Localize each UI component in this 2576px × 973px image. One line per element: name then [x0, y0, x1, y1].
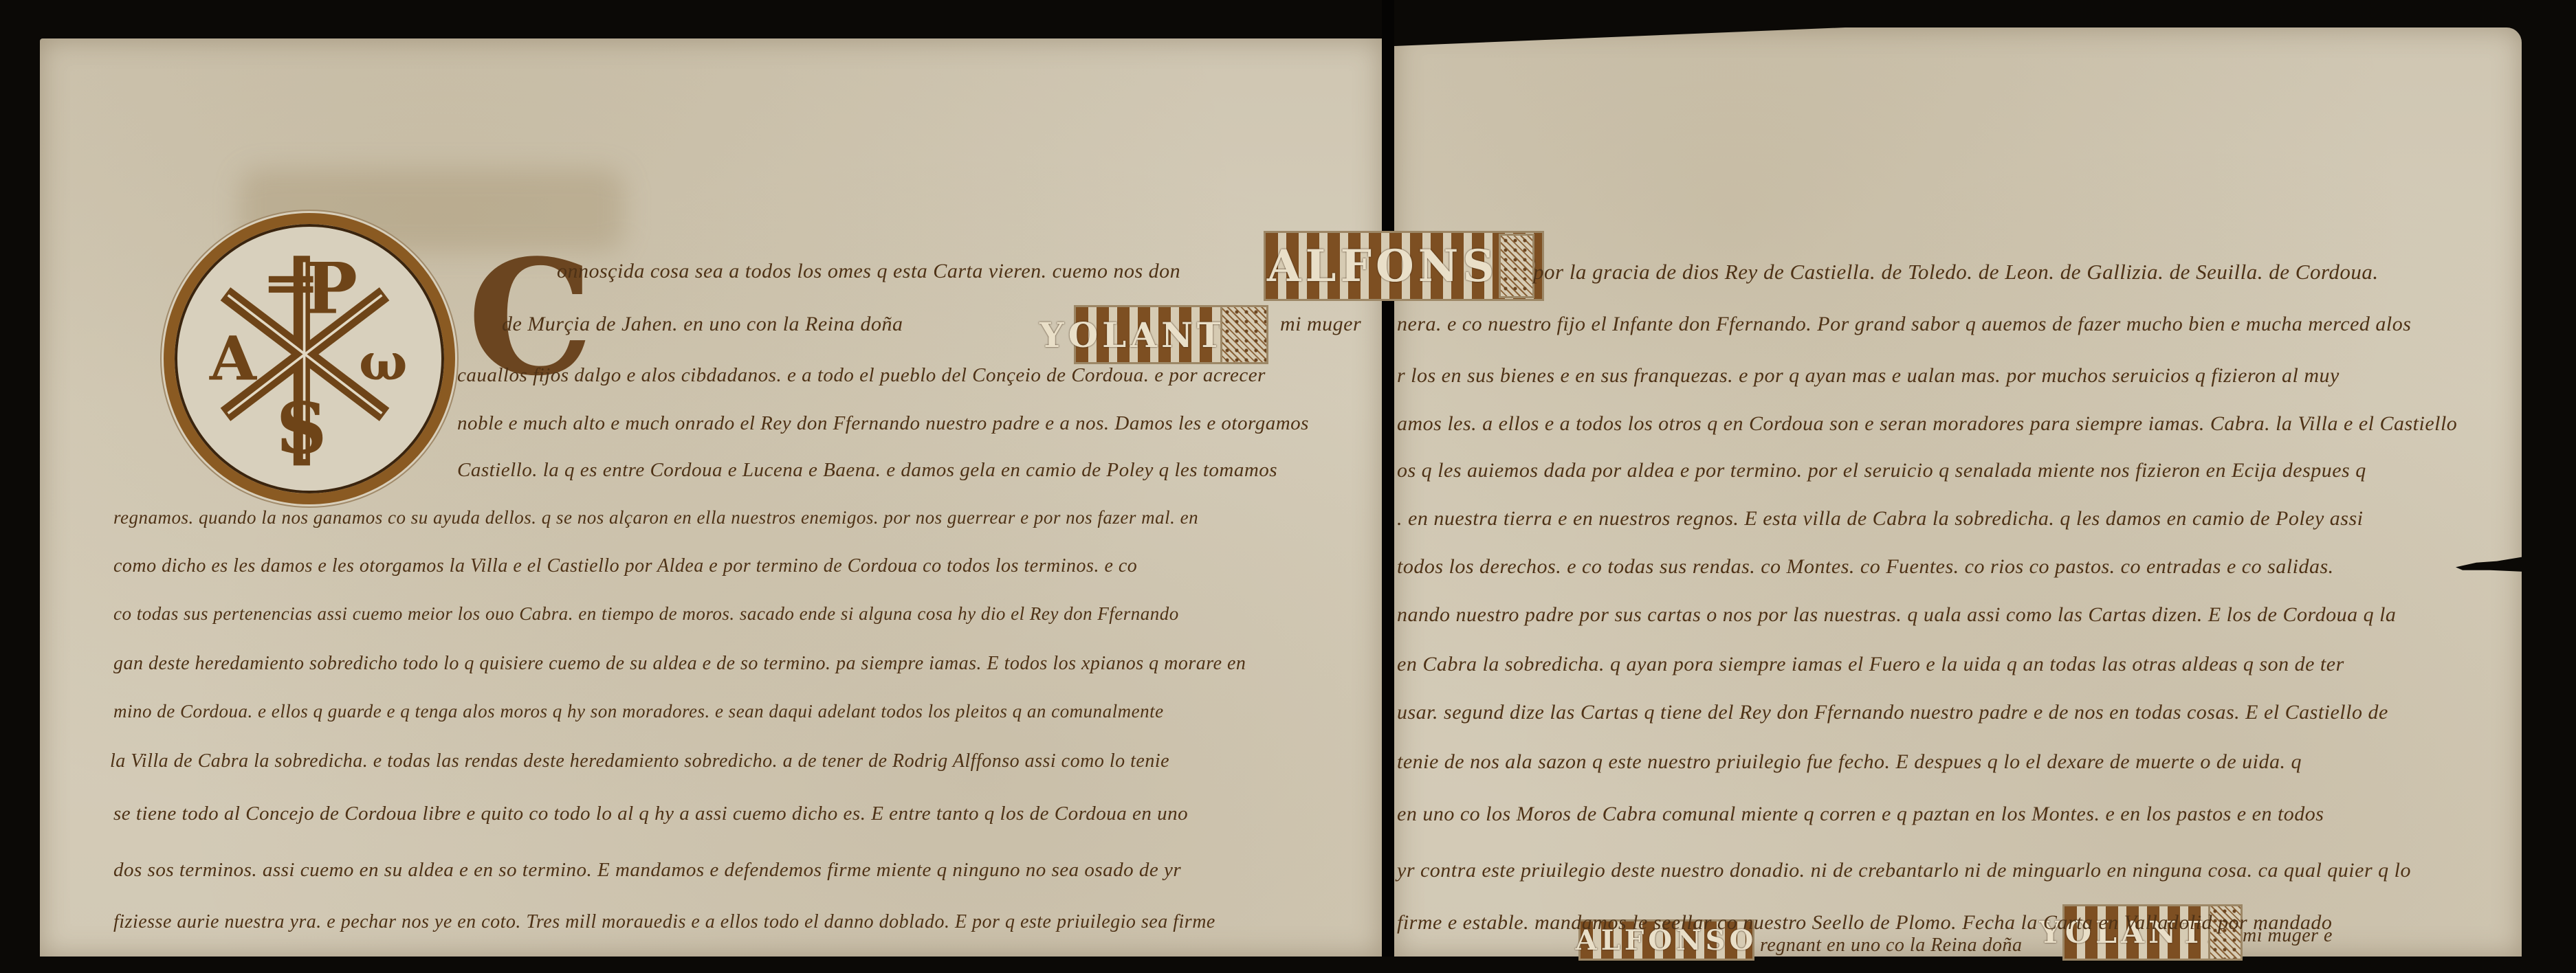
text-line: se tiene todo al Concejo de Cordoua libr… [113, 803, 1188, 825]
text-line: todos los derechos. e co todas sus renda… [1397, 555, 2334, 579]
text-line: mino de Cordoua. e ellos q guarde e q te… [113, 701, 1164, 722]
knotwork-ornament [1220, 305, 1268, 364]
knotwork-ornament [1499, 234, 1534, 298]
text-line: fiziesse aurie nuestra yra. e pechar nos… [113, 911, 1215, 933]
text-line: mi muger e [2243, 925, 2333, 947]
text-line: nando nuestro padre por sus cartas o nos… [1397, 603, 2396, 627]
text-line: como dicho es les damos e les otorgamos … [113, 555, 1137, 577]
text-line: nera. e co nuestro fijo el Infante don F… [1397, 313, 2411, 336]
chrismon-glyph: P A ω S [175, 224, 444, 493]
text-line: cauallos fijos dalgo e alos cibdadanos. … [457, 364, 1266, 387]
text-line: . en nuestra tierra e en nuestros regnos… [1397, 507, 2364, 530]
text-line: regnamos. quando la nos ganamos co su ay… [113, 507, 1198, 528]
royal-name-yolante-box: YOLANTE [1074, 305, 1222, 364]
panel-separator [1382, 0, 1394, 973]
chrismon-sigma: S [276, 388, 327, 469]
chrismon-icon: P A ω S [164, 213, 455, 504]
text-line: por la gracia de dios Rey de Castiella. … [1533, 260, 2379, 284]
text-line: r los en sus bienes e en sus franquezas.… [1397, 364, 2340, 388]
text-line: firme e estable. mandamos le seellar co … [1397, 911, 2332, 935]
text-line: la Villa de Cabra la sobredicha. e todas… [110, 750, 1169, 772]
text-line: amos les. a ellos e a todos los otros q … [1397, 412, 2457, 436]
text-line: onnosçida cosa sea a todos los omes q es… [557, 260, 1180, 283]
text-line: Castiello. la q es entre Cordoua e Lucen… [457, 459, 1277, 482]
text-line: de Murçia de Jahen. en uno con la Reina … [502, 313, 903, 336]
chrismon-rho: P [305, 247, 357, 329]
chrismon-alpha: A [209, 324, 258, 394]
text-line: co todas sus pertenencias assi cuemo mei… [113, 603, 1179, 625]
text-line: usar. segund dize las Cartas q tiene del… [1397, 701, 2388, 724]
text-line: noble e much alto e much onrado el Rey d… [457, 412, 1309, 435]
text-line: regnant en uno co la Reina doña [1760, 935, 2023, 957]
text-line: en uno co los Moros de Cabra comunal mie… [1397, 803, 2324, 826]
text-line: mi muger [1280, 313, 1361, 336]
text-line: dos sos terminos. assi cuemo en su aldea… [113, 859, 1181, 882]
text-line: tenie de nos ala sazon q este nuestro pr… [1397, 750, 2302, 774]
text-line: yr contra este priuilegio deste nuestro … [1397, 859, 2411, 882]
text-line: gan deste heredamiento sobredicho todo l… [113, 653, 1246, 675]
text-line: en Cabra la sobredicha. q ayan pora siem… [1397, 653, 2344, 676]
chrismon-omega: ω [359, 333, 407, 392]
text-line: os q les auiemos dada por aldea e por te… [1397, 459, 2366, 482]
